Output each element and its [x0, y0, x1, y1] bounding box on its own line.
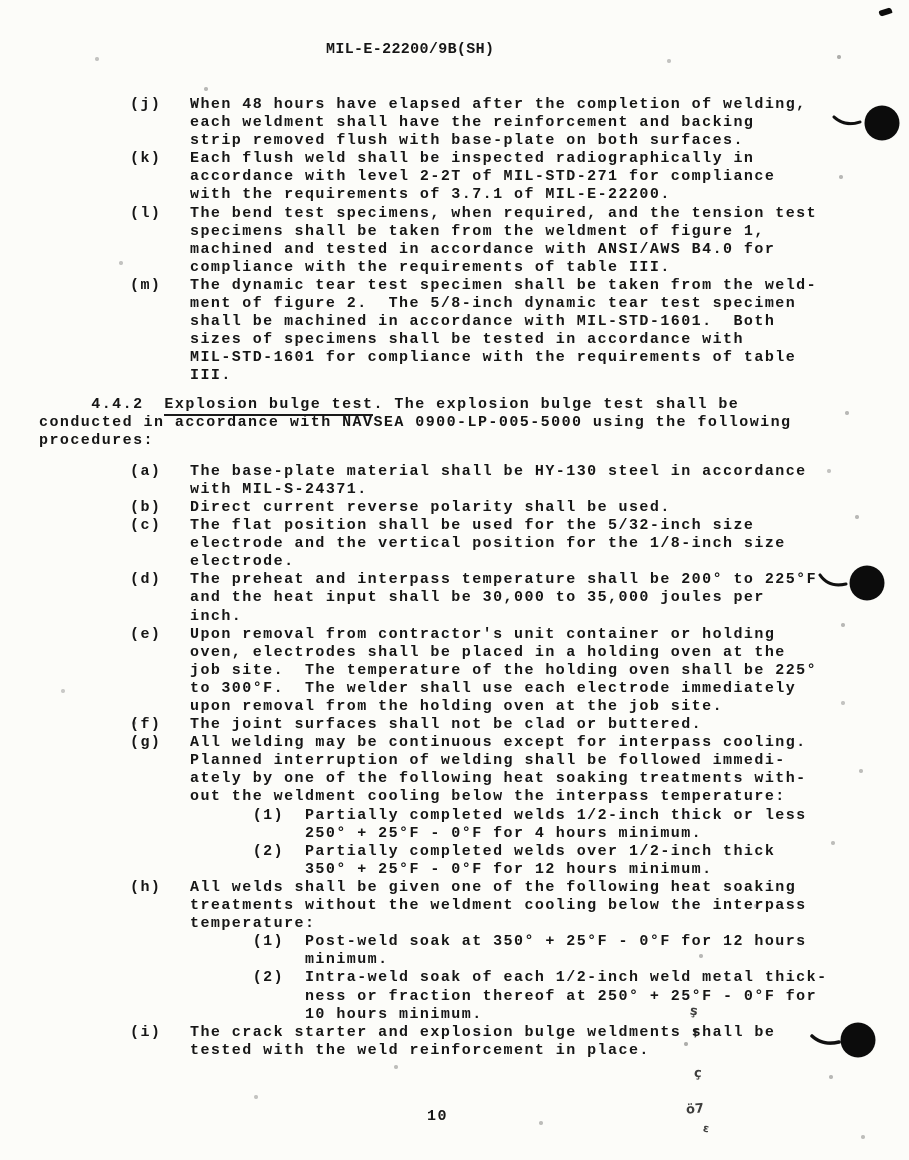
clause-label: (m)	[130, 277, 190, 295]
clause-label: (e)	[130, 626, 190, 644]
clause-label: (f)	[130, 716, 190, 734]
clause-item-l: (l) The bend test specimens, when requir…	[130, 205, 909, 277]
clause-text: Direct current reverse polarity shall be…	[190, 499, 671, 517]
clause-text: The bend test specimens, when required, …	[190, 205, 817, 277]
clause-label: (l)	[130, 205, 190, 223]
clause-text: When 48 hours have elapsed after the com…	[190, 96, 807, 150]
procedure-item-h: (h) All welds shall be given one of the …	[130, 879, 909, 1024]
procedure-item-g: (g) All welding may be continuous except…	[130, 734, 909, 879]
clause-list-top: (j) When 48 hours have elapsed after the…	[130, 96, 909, 386]
clause-label: (d)	[130, 571, 190, 589]
scan-squiggle-4: ö7	[685, 1101, 704, 1118]
clause-text: All welds shall be given one of the foll…	[190, 879, 828, 1024]
clause-item-j: (j) When 48 hours have elapsed after the…	[130, 96, 909, 150]
page-body: (j) When 48 hours have elapsed after the…	[0, 0, 909, 1126]
procedure-item-b: (b) Direct current reverse polarity shal…	[130, 499, 909, 517]
clause-label: (b)	[130, 499, 190, 517]
scan-squiggle-3: ç	[693, 1066, 702, 1082]
scan-hole-mark-2	[816, 561, 886, 607]
scan-noise-speckles	[0, 0, 2, 2]
scan-squiggle-5: ɛ	[702, 1122, 710, 1136]
clause-text: Upon removal from contractor's unit cont…	[190, 626, 817, 716]
procedure-item-c: (c) The flat position shall be used for …	[130, 517, 909, 571]
clause-label: (g)	[130, 734, 190, 752]
clause-label: (k)	[130, 150, 190, 168]
section-heading-4-4-2: 4.4.2 Explosion bulge test. The explosio…	[39, 396, 909, 450]
clause-text: The base-plate material shall be HY-130 …	[190, 463, 807, 499]
clause-text: The flat position shall be used for the …	[190, 517, 786, 571]
scan-squiggle-2: ŗ	[692, 1024, 699, 1039]
clause-text: Each flush weld shall be inspected radio…	[190, 150, 775, 204]
clause-text: The crack starter and explosion bulge we…	[190, 1024, 775, 1060]
procedure-item-f: (f) The joint surfaces shall not be clad…	[130, 716, 909, 734]
document-page: MIL-E-22200/9B(SH) (j) When 48 hours hav…	[0, 0, 909, 1160]
clause-text: All welding may be continuous except for…	[190, 734, 807, 879]
procedure-item-d: (d) The preheat and interpass temperatur…	[130, 571, 909, 625]
clause-label: (a)	[130, 463, 190, 481]
clause-text: The preheat and interpass temperature sh…	[190, 571, 817, 625]
clause-text: The joint surfaces shall not be clad or …	[190, 716, 702, 734]
section-title-underlined: Explosion bulge test	[164, 396, 373, 416]
section-number: 4.4.2	[39, 396, 164, 413]
procedure-item-i: (i) The crack starter and explosion bulg…	[130, 1024, 909, 1060]
clause-label: (i)	[130, 1024, 190, 1042]
clause-item-k: (k) Each flush weld shall be inspected r…	[130, 150, 909, 204]
clause-text: The dynamic tear test specimen shall be …	[190, 277, 817, 386]
procedure-item-e: (e) Upon removal from contractor's unit …	[130, 626, 909, 716]
clause-label: (h)	[130, 879, 190, 897]
scan-hole-mark-3	[807, 1018, 877, 1064]
procedures-list: (a) The base-plate material shall be HY-…	[130, 463, 909, 1060]
clause-label: (j)	[130, 96, 190, 114]
page-number: 10	[427, 1108, 909, 1126]
clause-label: (c)	[130, 517, 190, 535]
clause-item-m: (m) The dynamic tear test specimen shall…	[130, 277, 909, 386]
procedure-item-a: (a) The base-plate material shall be HY-…	[130, 463, 909, 499]
scan-hole-mark-1	[831, 101, 901, 147]
